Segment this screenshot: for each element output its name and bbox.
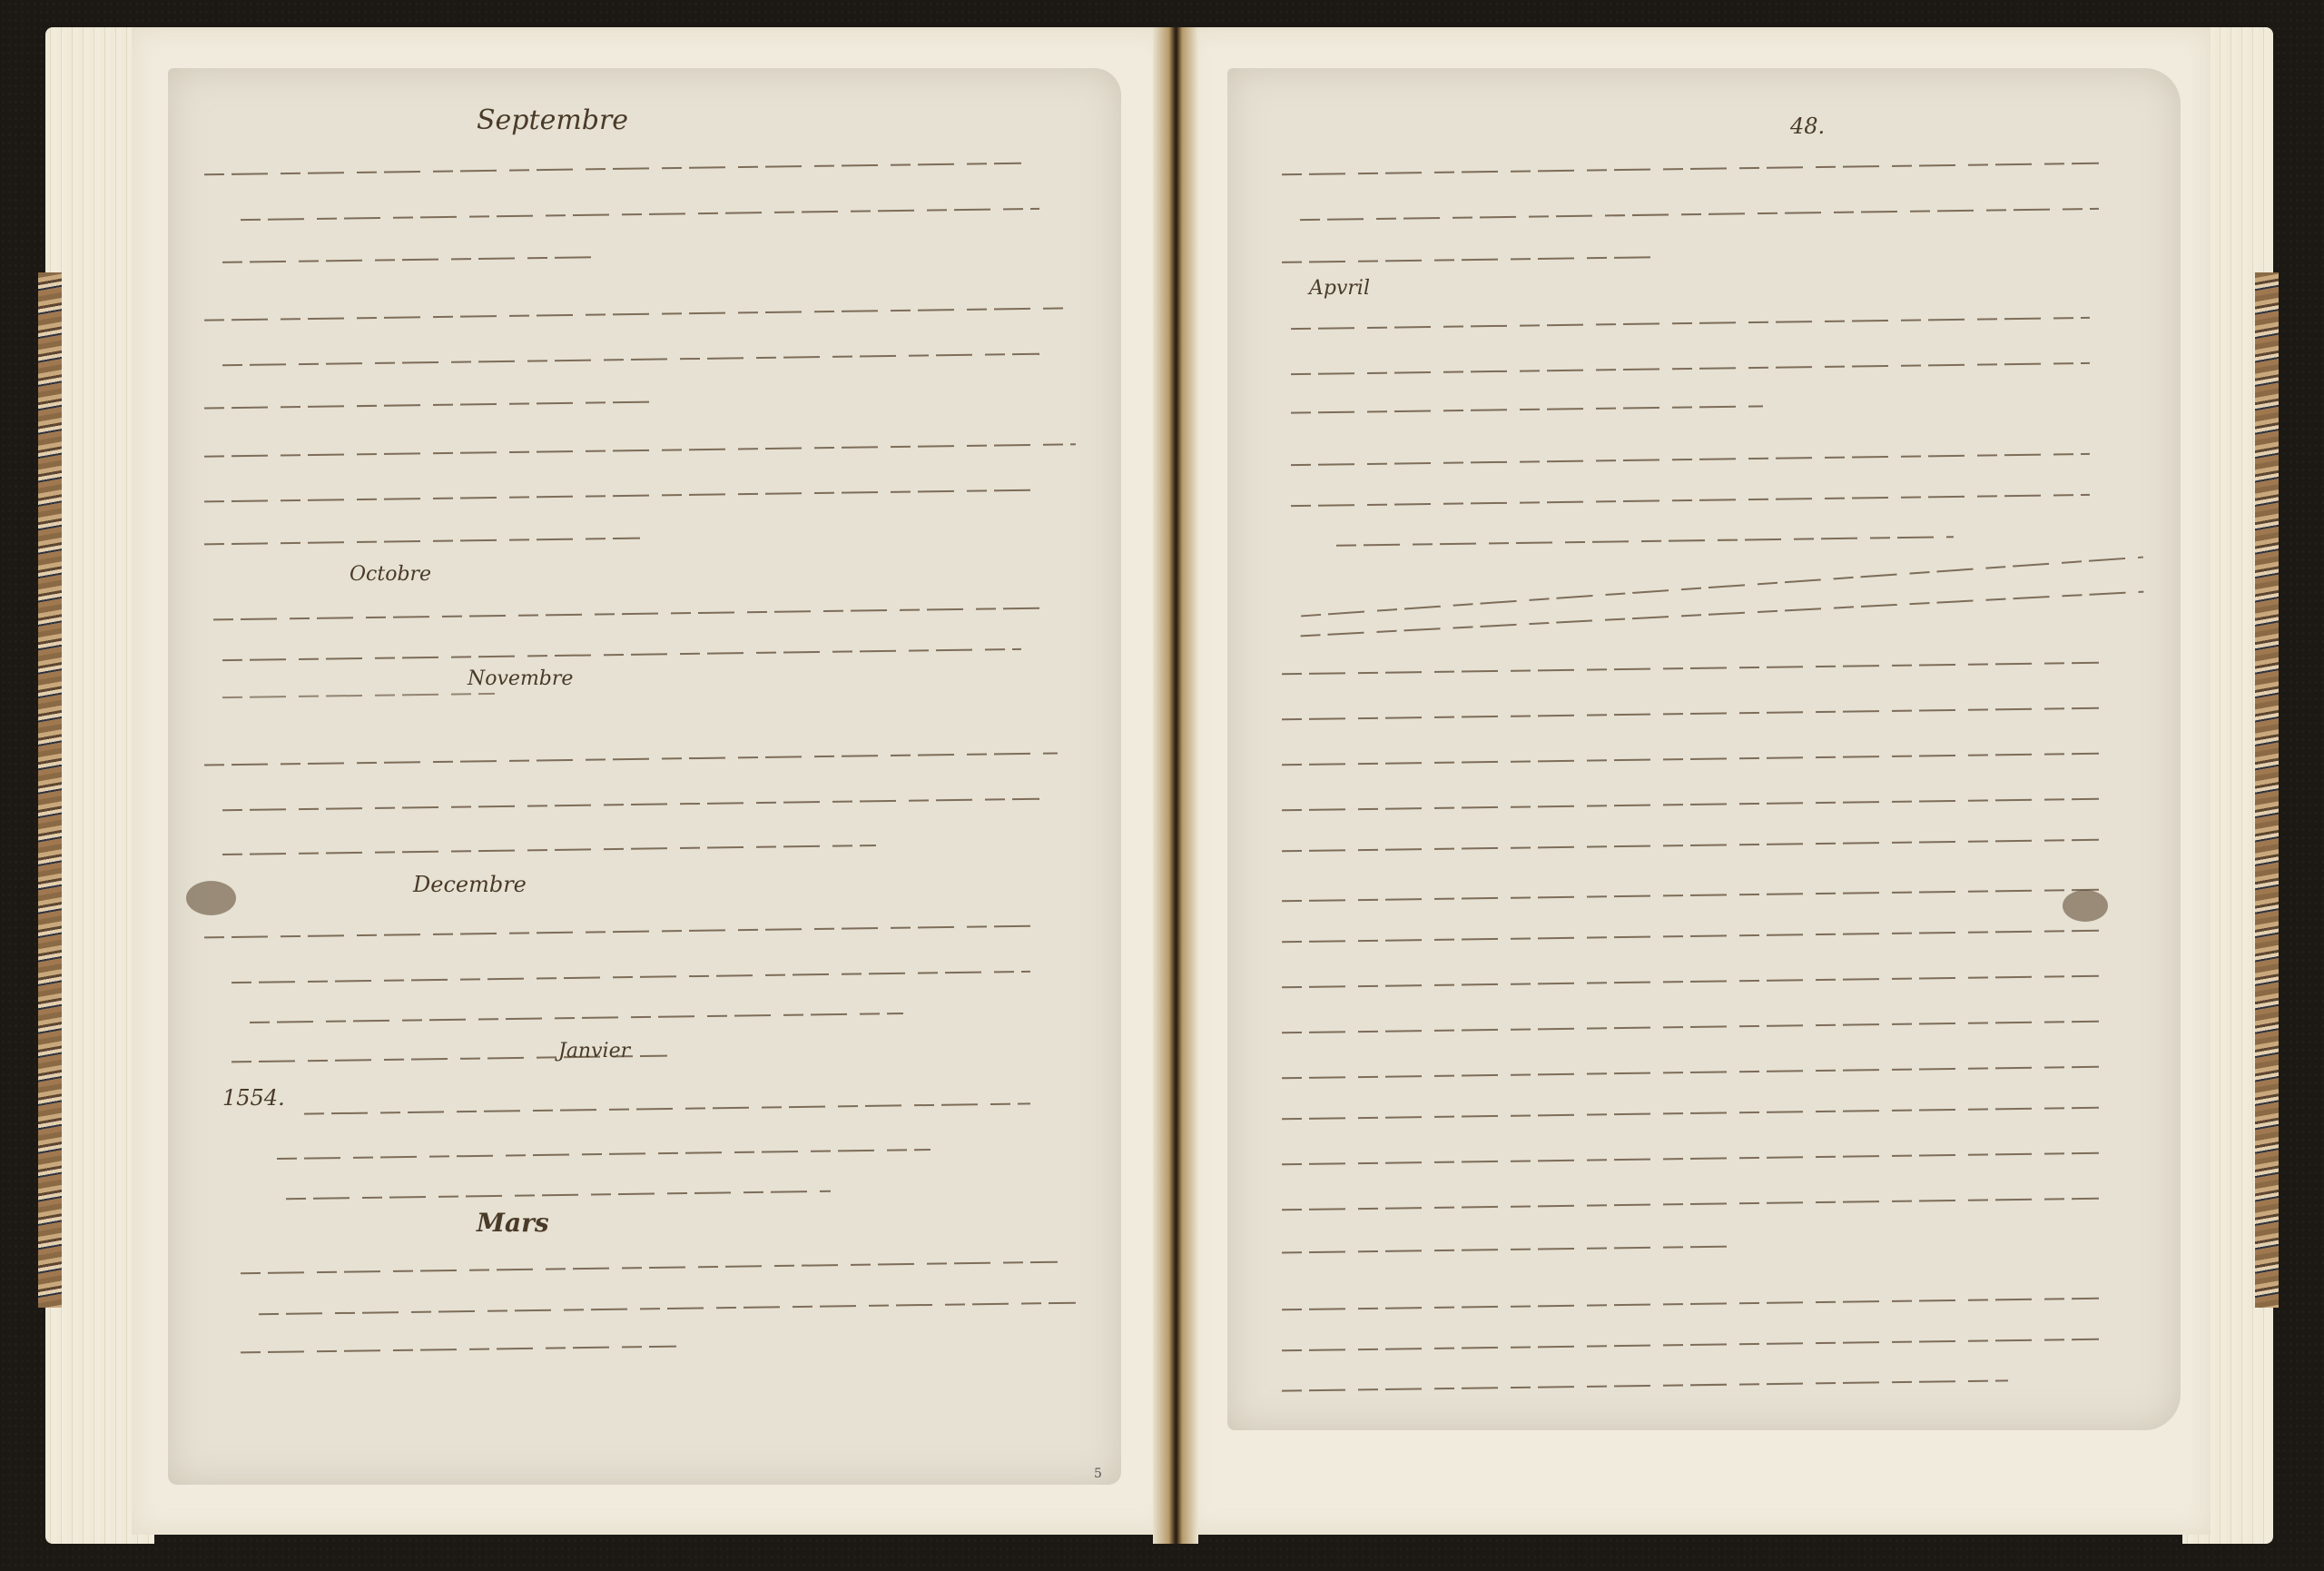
book-gutter: [1153, 27, 1198, 1544]
heading-octobre: Octobre: [350, 563, 431, 586]
handwritten-line: [1282, 1246, 1736, 1254]
heading-novembre: Novembre: [468, 667, 573, 690]
handwritten-line: [222, 648, 1021, 661]
handwritten-line: [204, 489, 1039, 503]
handwritten-line: [204, 401, 658, 410]
handwritten-line: [1291, 405, 1763, 413]
handwritten-line: [286, 1191, 831, 1200]
handwritten-line: [204, 752, 1058, 766]
page-number: 48.: [1790, 114, 1825, 139]
handwritten-line: [222, 798, 1039, 812]
handwritten-line: [1282, 753, 2099, 766]
heading-mars: Mars: [477, 1208, 549, 1238]
handwritten-line: [204, 307, 1067, 321]
handwritten-line: [222, 353, 1039, 367]
handwritten-line: [1282, 1298, 2099, 1311]
handwritten-line: [241, 1261, 1058, 1275]
handwritten-line: [204, 925, 1039, 939]
handwritten-line: [259, 1302, 1076, 1316]
handwritten-line: [1336, 536, 1954, 546]
handwritten-line: [1282, 1198, 2099, 1211]
handwritten-line: [1282, 707, 2099, 721]
handwritten-line: [1291, 317, 2090, 330]
left-marbled-edge: [38, 272, 62, 1308]
handwritten-line: [1282, 1107, 2099, 1121]
handwritten-line: [1282, 839, 2099, 853]
handwritten-line: [277, 1149, 931, 1160]
ink-stain: [2063, 890, 2108, 922]
handwritten-line: [1291, 362, 2090, 375]
handwritten-line: [1282, 798, 2099, 812]
handwritten-line: [1282, 1021, 2099, 1034]
heading-septembre: Septembre: [477, 104, 628, 136]
right-marbled-edge: [2255, 272, 2279, 1308]
handwritten-line: [1282, 1339, 2099, 1352]
handwritten-line: [304, 1102, 1030, 1114]
handwritten-line: [1282, 930, 2099, 944]
handwritten-line: [1282, 975, 2099, 989]
handwritten-line: [204, 163, 1021, 176]
handwritten-line: [241, 208, 1039, 221]
handwritten-line: [1291, 494, 2090, 507]
heading-janvier: Janvier: [558, 1040, 630, 1062]
handwritten-line: [204, 538, 640, 546]
handwritten-line: [250, 1013, 903, 1023]
handwritten-line: [222, 256, 604, 263]
handwritten-line: [231, 971, 1030, 983]
folio-mark: 5: [1094, 1467, 1102, 1481]
handwritten-line: [1282, 256, 1663, 263]
handwritten-line: [241, 1346, 676, 1354]
handwritten-line: [213, 608, 1049, 621]
handwritten-line: [1291, 453, 2090, 466]
right-manuscript-leaf: 48. Apvril: [1227, 68, 2181, 1430]
handwritten-line: [222, 845, 876, 855]
heading-apvril: Apvril: [1309, 277, 1370, 300]
struck-line: [1301, 557, 2143, 618]
left-manuscript-leaf: Septembre Octobre Novembre Decembre Janv…: [168, 68, 1121, 1485]
margin-date: 1554.: [222, 1085, 285, 1111]
open-book: Septembre Octobre Novembre Decembre Janv…: [27, 27, 2306, 1544]
handwritten-line: [1300, 208, 2099, 221]
handwritten-line: [1282, 662, 2099, 676]
handwritten-line: [1282, 163, 2099, 176]
handwritten-line: [1282, 1066, 2099, 1080]
handwritten-line: [1282, 889, 2099, 903]
handwritten-line: [222, 693, 495, 698]
struck-line: [1301, 591, 2144, 637]
handwritten-line: [1282, 1152, 2099, 1166]
handwritten-line: [204, 443, 1076, 457]
handwritten-line: [1282, 1379, 2008, 1391]
heading-decembre: Decembre: [413, 872, 527, 897]
ink-stain: [186, 881, 236, 915]
